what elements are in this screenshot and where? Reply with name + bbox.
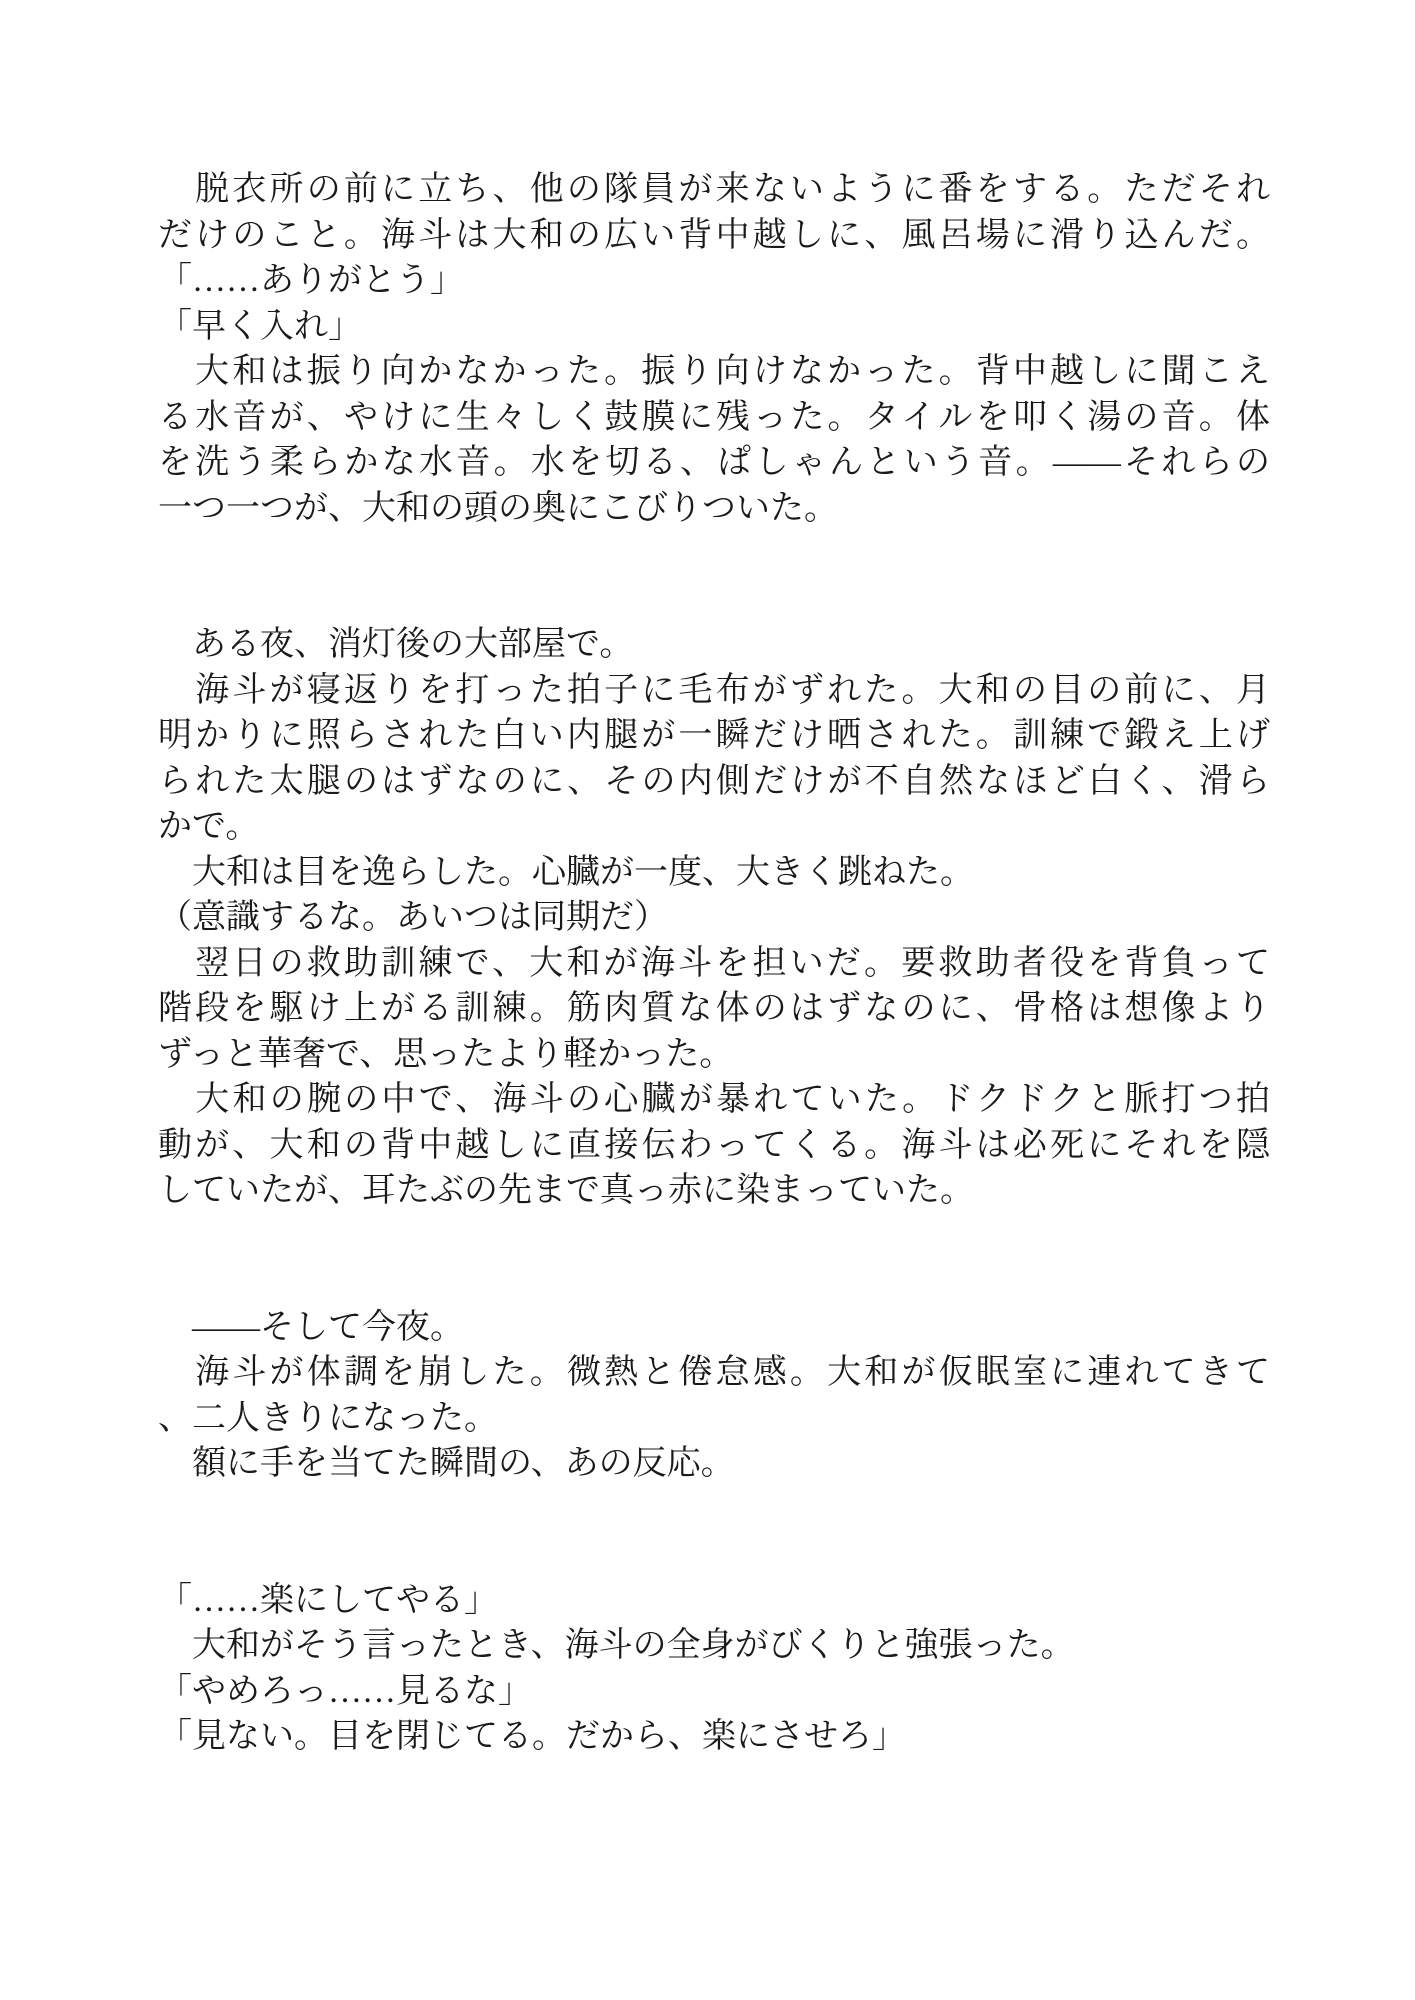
blank-line	[158, 1532, 1270, 1578]
text-line: 明かりに照らされた白い内腿が一瞬だけ晒された。訓練で鍛え上げ	[158, 713, 1270, 759]
text-line: ――そして今夜。	[158, 1305, 1270, 1351]
text-line: 階段を駆け上がる訓練。筋肉質な体のはずなのに、骨格は想像より	[158, 986, 1270, 1032]
text-line: 額に手を当てた瞬間の、あの反応。	[158, 1441, 1270, 1487]
text-line: 大和の腕の中で、海斗の心臓が暴れていた。ドクドクと脈打つ拍	[158, 1077, 1270, 1123]
text-line: る水音が、やけに生々しく鼓膜に残った。タイルを叩く湯の音。体	[158, 395, 1270, 441]
text-line: 「……ありがとう」	[158, 258, 1270, 304]
blank-line	[158, 1214, 1270, 1260]
text-line: 「見ない。目を閉じてる。だから、楽にさせろ」	[158, 1714, 1270, 1760]
text-line: 海斗が体調を崩した。微熱と倦怠感。大和が仮眠室に連れてきて	[158, 1350, 1270, 1396]
text-line: 大和は振り向かなかった。振り向けなかった。背中越しに聞こえ	[158, 349, 1270, 395]
text-line: 、二人きりになった。	[158, 1396, 1270, 1442]
blank-line	[158, 531, 1270, 577]
text-line: （意識するな。あいつは同期だ）	[158, 895, 1270, 941]
text-line: 大和がそう言ったとき、海斗の全身がびくりと強張った。	[158, 1623, 1270, 1669]
text-line: 海斗が寝返りを打った拍子に毛布がずれた。大和の目の前に、月	[158, 668, 1270, 714]
text-line: 「早く入れ」	[158, 304, 1270, 350]
text-line: だけのこと。海斗は大和の広い背中越しに、風呂場に滑り込んだ。	[158, 213, 1270, 259]
text-line: 脱衣所の前に立ち、他の隊員が来ないように番をする。ただそれ	[158, 167, 1270, 213]
text-line: かで。	[158, 804, 1270, 850]
text-line: 動が、大和の背中越しに直接伝わってくる。海斗は必死にそれを隠	[158, 1123, 1270, 1169]
text-line: 大和は目を逸らした。心臓が一度、大きく跳ねた。	[158, 850, 1270, 896]
text-line: られた太腿のはずなのに、その内側だけが不自然なほど白く、滑ら	[158, 759, 1270, 805]
text-column: 脱衣所の前に立ち、他の隊員が来ないように番をする。ただそれだけのこと。海斗は大和…	[158, 167, 1270, 1760]
blank-line	[158, 577, 1270, 623]
blank-line	[158, 1487, 1270, 1533]
blank-line	[158, 1259, 1270, 1305]
text-line: 「やめろっ……見るな」	[158, 1669, 1270, 1715]
text-line: していたが、耳たぶの先まで真っ赤に染まっていた。	[158, 1168, 1270, 1214]
text-line: ずっと華奢で、思ったより軽かった。	[158, 1032, 1270, 1078]
document-page: 脱衣所の前に立ち、他の隊員が来ないように番をする。ただそれだけのこと。海斗は大和…	[0, 0, 1415, 2000]
text-line: 一つ一つが、大和の頭の奥にこびりついた。	[158, 486, 1270, 532]
text-line: ある夜、消灯後の大部屋で。	[158, 622, 1270, 668]
text-line: 翌日の救助訓練で、大和が海斗を担いだ。要救助者役を背負って	[158, 941, 1270, 987]
text-line: を洗う柔らかな水音。水を切る、ぱしゃんという音。――それらの	[158, 440, 1270, 486]
text-line: 「……楽にしてやる」	[158, 1578, 1270, 1624]
